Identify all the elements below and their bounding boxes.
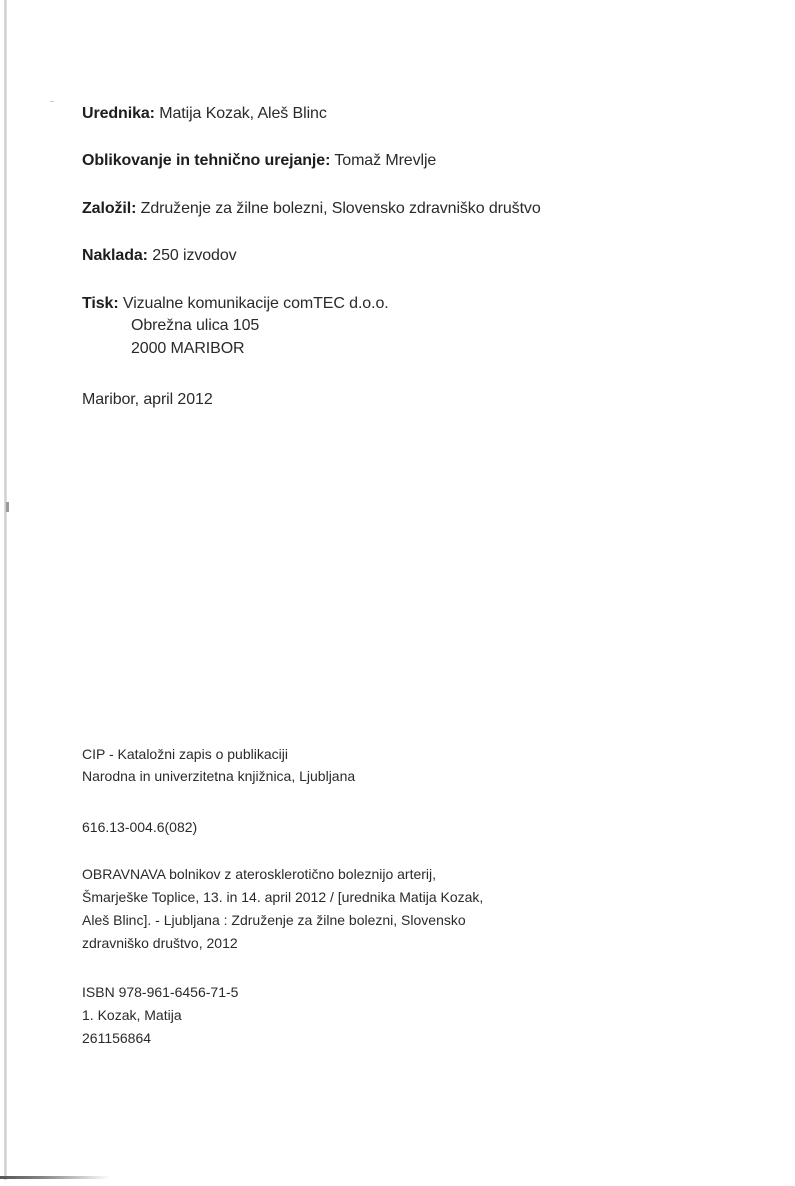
cip-description-2: Šmarješke Toplice, 13. in 14. april 2012… bbox=[82, 886, 483, 908]
page-spine-shadow bbox=[4, 0, 7, 1180]
publisher-value: Združenje za žilne bolezni, Slovensko zd… bbox=[141, 200, 541, 217]
printer-name: Vizualne komunikacije comTEC d.o.o. bbox=[123, 295, 389, 312]
printer-street: Obrežna ulica 105 bbox=[131, 316, 259, 336]
place-date: Maribor, april 2012 bbox=[82, 390, 213, 410]
editors-value: Matija Kozak, Aleš Blinc bbox=[159, 105, 326, 122]
printer-line: Tisk: Vizualne komunikacije comTEC d.o.o… bbox=[82, 294, 389, 314]
scan-speck bbox=[50, 101, 54, 102]
printer-city: 2000 MARIBOR bbox=[131, 339, 245, 359]
design-label: Oblikovanje in tehnično urejanje: bbox=[82, 152, 330, 169]
design-line: Oblikovanje in tehnično urejanje: Tomaž … bbox=[82, 151, 436, 171]
cip-header-2: Narodna in univerzitetna knjižnica, Ljub… bbox=[82, 765, 355, 787]
page-bottom-edge bbox=[0, 1176, 110, 1179]
publisher-line: Založil: Združenje za žilne bolezni, Slo… bbox=[82, 199, 541, 219]
cip-isbn: ISBN 978-961-6456-71-5 bbox=[82, 981, 238, 1003]
editors-line: Urednika: Matija Kozak, Aleš Blinc bbox=[82, 104, 327, 124]
print-run-value: 250 izvodov bbox=[152, 247, 236, 264]
cip-author-entry: 1. Kozak, Matija bbox=[82, 1004, 182, 1026]
cip-description-3: Aleš Blinc]. - Ljubljana : Združenje za … bbox=[82, 909, 466, 931]
spine-mark bbox=[6, 502, 9, 512]
cip-cobiss-id: 261156864 bbox=[82, 1027, 151, 1049]
cip-header-1: CIP - Kataložni zapis o publikaciji bbox=[82, 743, 288, 765]
print-run-label: Naklada: bbox=[82, 247, 148, 264]
cip-description-4: zdravniško društvo, 2012 bbox=[82, 932, 238, 954]
printer-label: Tisk: bbox=[82, 295, 119, 312]
cip-udc: 616.13-004.6(082) bbox=[82, 816, 197, 838]
design-value: Tomaž Mrevlje bbox=[334, 152, 436, 169]
print-run-line: Naklada: 250 izvodov bbox=[82, 246, 237, 266]
publisher-label: Založil: bbox=[82, 200, 136, 217]
cip-description-1: OBRAVNAVA bolnikov z aterosklerotično bo… bbox=[82, 863, 436, 885]
editors-label: Urednika: bbox=[82, 105, 155, 122]
